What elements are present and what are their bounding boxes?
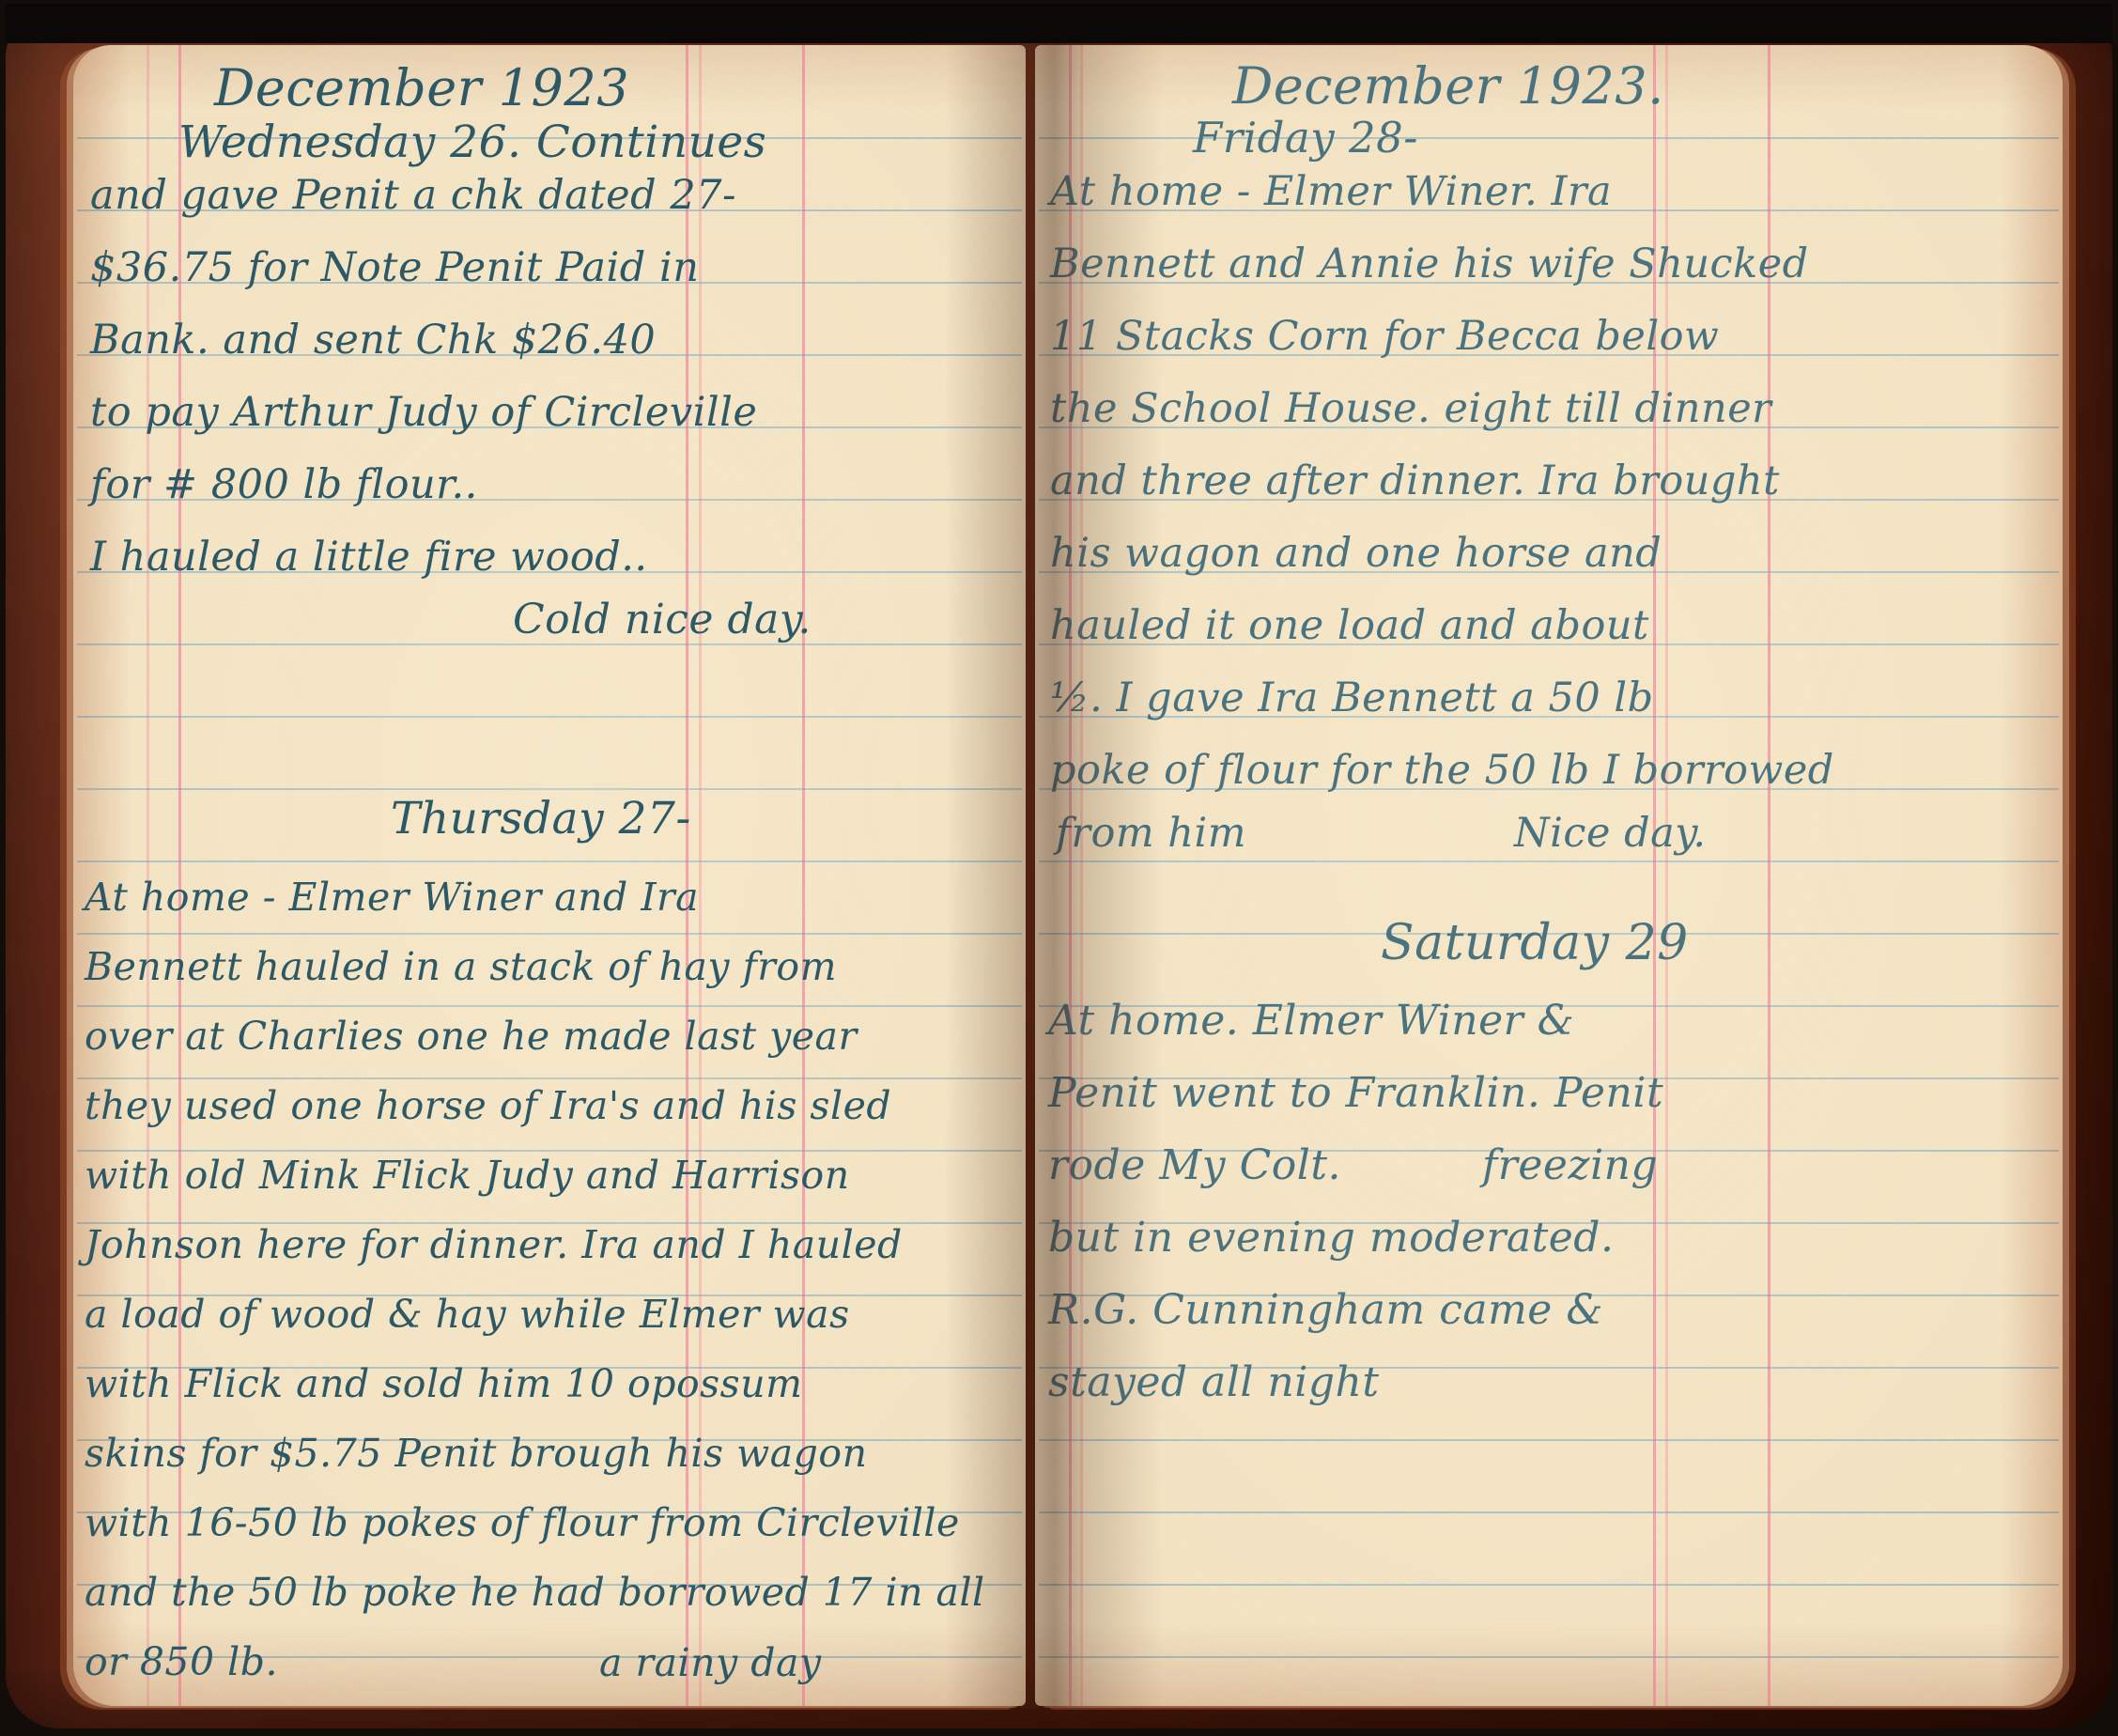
diary-line: Bennett hauled in a stack of hay from	[85, 932, 985, 1001]
diary-line: a load of wood & hay while Elmer was	[85, 1279, 985, 1349]
entry-thursday-weather-note: a rainy day	[599, 1640, 822, 1685]
diary-line: from him	[1056, 810, 1246, 857]
diary-line: At home - Elmer Winer. Ira	[1050, 156, 1834, 228]
diary-line: but in evening moderated.	[1048, 1201, 1663, 1274]
diary-line-fragment: rode My Colt.	[1048, 1141, 1341, 1189]
diary-line: the School House. eight till dinner	[1050, 373, 1834, 445]
entry-wednesday-weather-note: Cold nice day.	[513, 596, 812, 643]
diary-line: At home. Elmer Winer &	[1048, 984, 1663, 1057]
entry-saturday-body: At home. Elmer Winer & Penit went to Fra…	[1048, 984, 1663, 1418]
diary-line: $36.75 for Note Penit Paid in	[90, 232, 757, 304]
book-top-edge	[6, 4, 2112, 43]
page-right-month-heading: December 1923.	[1232, 56, 1664, 116]
diary-page-left: December 1923 Wednesday 26. Continues an…	[73, 45, 1026, 1706]
entry-friday-body: At home - Elmer Winer. Ira Bennett and A…	[1050, 156, 1834, 807]
diary-line: rode My Colt.freezing	[1048, 1129, 1663, 1201]
diary-line: or 850 lb.	[85, 1627, 985, 1697]
diary-line: Johnson here for dinner. Ira and I haule…	[85, 1210, 985, 1279]
diary-line: 11 Stacks Corn for Becca below	[1050, 301, 1834, 373]
entry-wednesday-body: and gave Penit a chk dated 27- $36.75 fo…	[90, 160, 757, 594]
diary-line: I hauled a little fire wood..	[90, 521, 757, 594]
diary-line: At home - Elmer Winer and Ira	[85, 862, 985, 932]
page-left-month-heading: December 1923	[214, 58, 629, 117]
diary-line: with 16-50 lb pokes of flour from Circle…	[85, 1488, 985, 1558]
diary-line: Bank. and sent Chk $26.40	[90, 304, 757, 377]
diary-line: poke of flour for the 50 lb I borrowed	[1050, 735, 1834, 807]
diary-line: and three after dinner. Ira brought	[1050, 445, 1834, 518]
diary-line: skins for $5.75 Penit brough his wagon	[85, 1418, 985, 1488]
diary-line: with Flick and sold him 10 opossum	[85, 1349, 985, 1418]
diary-line: and the 50 lb poke he had borrowed 17 in…	[85, 1558, 985, 1627]
diary-line: R.G. Cunningham came &	[1048, 1274, 1663, 1346]
diary-line: and gave Penit a chk dated 27-	[90, 160, 757, 232]
entry-friday-weather-note: Nice day.	[1514, 810, 1707, 857]
diary-line: for # 800 lb flour..	[90, 449, 757, 521]
diary-line: with old Mink Flick Judy and Harrison	[85, 1140, 985, 1210]
entry-saturday-weather-note: freezing	[1482, 1141, 1658, 1189]
entry-thursday-body: At home - Elmer Winer and Ira Bennett ha…	[85, 862, 985, 1697]
diary-book-cover: December 1923 Wednesday 26. Continues an…	[6, 4, 2112, 1728]
diary-line: stayed all night	[1048, 1346, 1663, 1418]
diary-page-right: December 1923. Friday 28- At home - Elme…	[1035, 45, 2063, 1706]
diary-line: to pay Arthur Judy of Circleville	[90, 377, 757, 449]
diary-line: Penit went to Franklin. Penit	[1048, 1057, 1663, 1129]
diary-line: ½. I gave Ira Bennett a 50 lb	[1050, 662, 1834, 735]
diary-line: hauled it one load and about	[1050, 590, 1834, 662]
entry-saturday-heading: Saturday 29	[1381, 915, 1689, 971]
diary-line: his wagon and one horse and	[1050, 518, 1834, 590]
entry-thursday-heading: Thursday 27-	[391, 793, 691, 845]
diary-line: over at Charlies one he made last year	[85, 1001, 985, 1071]
diary-line: they used one horse of Ira's and his sle…	[85, 1071, 985, 1140]
diary-line: Bennett and Annie his wife Shucked	[1050, 228, 1834, 301]
